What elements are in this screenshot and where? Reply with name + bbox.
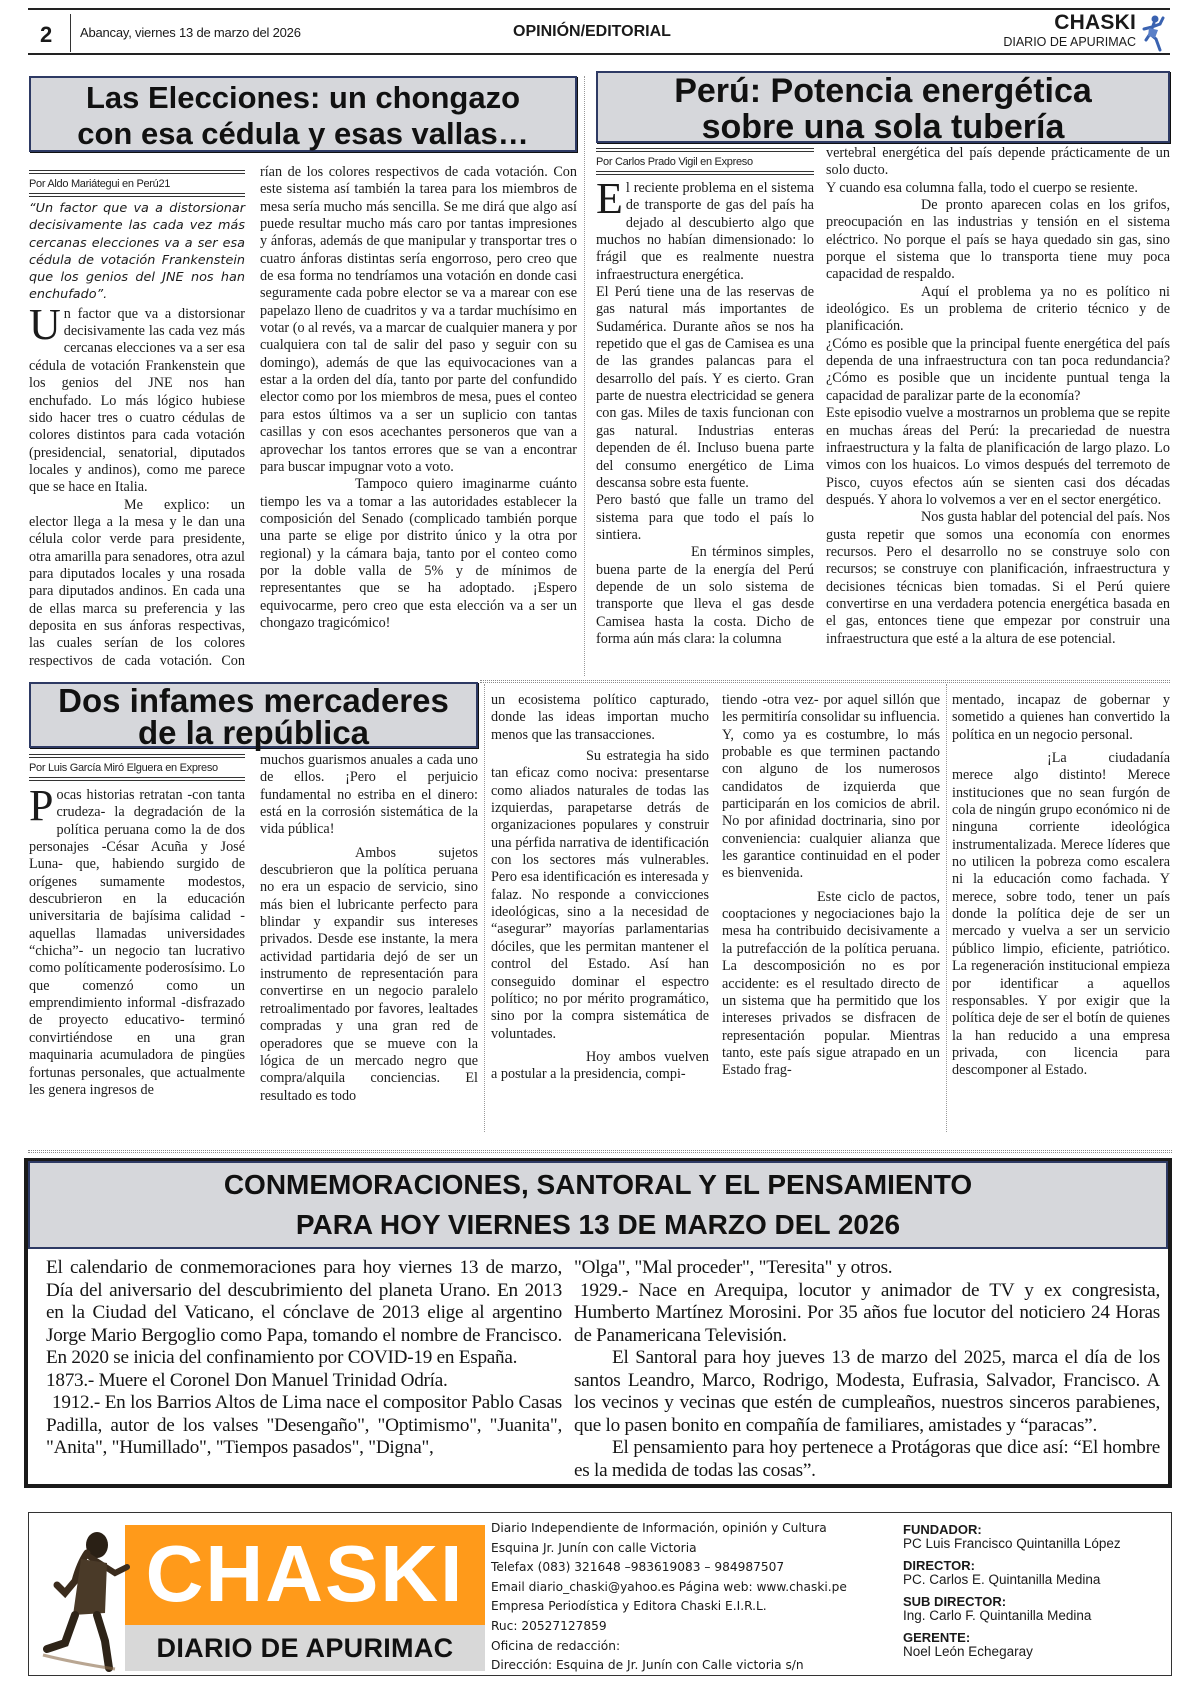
article3-column-5: mentado, incapaz de gobernar y sometido …	[952, 692, 1170, 1132]
conmemoraciones-paragraph: 1929.- Nace en Arequipa, locutor y anima…	[574, 1280, 1160, 1348]
article2-paragraph: En términos simples, buena parte de la e…	[596, 544, 814, 648]
header-divider	[70, 14, 71, 52]
dropcap: U	[29, 307, 64, 343]
headline-line: Dos infames mercaderes	[31, 685, 476, 717]
conmemoraciones-paragraph: 1912.- En los Barrios Altos de Lima nace…	[46, 1392, 562, 1460]
staff-name: Ing. Carlo F. Quintanilla Medina	[903, 1608, 1121, 1623]
article1-column-2: rían de los colores respectivos de cada …	[260, 164, 577, 666]
staff-role: GERENTE:	[903, 1631, 1121, 1644]
article2-paragraph: ¿Cómo es posible que la principal fuente…	[826, 336, 1170, 405]
article3-paragraph: ¡La ciudadanía merece algo distinto! Mer…	[952, 750, 1170, 1080]
article2-paragraph: Nos gusta hablar del potencial del país.…	[826, 509, 1170, 648]
article3-paragraph: Su estrategia ha sido tan eficaz como no…	[491, 748, 709, 1043]
article1-headline: Las Elecciones: un chongazo con esa cédu…	[29, 76, 577, 152]
section-divider	[28, 1150, 1172, 1153]
headline-line: con esa cédula y esas vallas…	[31, 116, 575, 152]
conmemoraciones-column-1: El calendario de conmemoraciones para ho…	[46, 1257, 562, 1460]
article1-paragraph: Me explico: un elector llega a la mesa y…	[29, 497, 245, 667]
issue-date: Abancay, viernes 13 de marzo del 2026	[80, 25, 301, 40]
article3-paragraph-cont: tiendo -otra vez- por aquel sillón que l…	[722, 692, 940, 883]
dropcap: E	[596, 181, 626, 217]
article2-paragraph-cont: vertebral energética del país depende pr…	[826, 145, 1170, 180]
article1-lead-quote: “Un factor que va a distorsionar decisiv…	[29, 200, 245, 304]
column-divider	[484, 684, 485, 1132]
chaski-runner-icon	[1140, 14, 1166, 54]
article2-paragraph: l reciente problema en el sistema de tra…	[596, 180, 814, 283]
chaski-runner-icon	[35, 1523, 145, 1673]
article1-byline: Por Aldo Mariátegui en Perú21	[29, 170, 245, 197]
article1-paragraph-cont: rían de los colores respectivos de cada …	[260, 164, 577, 476]
logo-subtitle: DIARIO DE APURIMAC	[125, 1625, 485, 1671]
logo-text: CHASKI	[125, 1531, 485, 1617]
section-divider	[480, 680, 1170, 683]
article3-paragraph: ocas historias retratan -con tanta crude…	[29, 787, 245, 1098]
article2-column-2: vertebral energética del país depende pr…	[826, 145, 1170, 670]
article3-paragraph-cont: muchos guarismos anuales a cada uno de e…	[260, 752, 478, 839]
article2-headline: Perú: Potencia energética sobre una sola…	[596, 71, 1170, 143]
title-line: PARA HOY VIERNES 13 DE MARZO DEL 2026	[30, 1205, 1166, 1245]
article3-column-3: un ecosistema político capturado, donde …	[491, 692, 709, 1132]
staff-role: FUNDADOR:	[903, 1523, 1121, 1536]
conmemoraciones-paragraph-cont: "Olga", "Mal proceder", "Teresita" y otr…	[574, 1257, 1160, 1280]
staff-name: PC. Carlos E. Quintanilla Medina	[903, 1572, 1121, 1587]
header-brand: CHASKI DIARIO DE APURIMAC	[1003, 12, 1136, 50]
article2-paragraph: El Perú tiene una de las reservas de gas…	[596, 284, 814, 492]
brand-subtitle: DIARIO DE APURIMAC	[1003, 34, 1136, 50]
logo-subbanner: DIARIO DE APURIMAC	[125, 1625, 485, 1671]
newspaper-footer: CHASKI DIARIO DE APURIMAC Diario Indepen…	[28, 1512, 1172, 1676]
article3-column-2: muchos guarismos anuales a cada uno de e…	[260, 752, 478, 1132]
article3-column-1: Pocas historias retratan -con tanta crud…	[29, 787, 245, 1132]
info-line: Ruc: 20527127859	[491, 1617, 847, 1637]
conmemoraciones-paragraph: 1873.- Muere el Coronel Don Manuel Trini…	[46, 1370, 562, 1393]
conmemoraciones-paragraph: El pensamiento para hoy pertenece a Prot…	[574, 1437, 1160, 1482]
dropcap: P	[29, 788, 56, 824]
info-line: Telefax (083) 321648 –983619083 – 984987…	[491, 1558, 847, 1578]
staff-role: DIRECTOR:	[903, 1559, 1121, 1572]
conmemoraciones-paragraph: El calendario de conmemoraciones para ho…	[46, 1257, 562, 1370]
headline-line: de la república	[31, 717, 476, 749]
section-title: OPINIÓN/EDITORIAL	[513, 23, 671, 41]
conmemoraciones-paragraph: El Santoral para hoy jueves 13 de marzo …	[574, 1347, 1160, 1437]
headline-line: sobre una sola tubería	[598, 109, 1168, 145]
staff-role: SUB DIRECTOR:	[903, 1595, 1121, 1608]
page-header: 2 Abancay, viernes 13 de marzo del 2026 …	[28, 8, 1170, 55]
article3-paragraph-cont: mentado, incapaz de gobernar y sometido …	[952, 692, 1170, 744]
article3-column-4: tiendo -otra vez- por aquel sillón que l…	[722, 692, 940, 1132]
headline-line: Las Elecciones: un chongazo	[31, 80, 575, 116]
brand-name: CHASKI	[1003, 12, 1136, 34]
article3-paragraph: Ambos sujetos descubrieron que la políti…	[260, 845, 478, 1105]
logo-banner: CHASKI	[125, 1525, 485, 1625]
article1-column-1: “Un factor que va a distorsionar decisiv…	[29, 200, 245, 667]
headline-line: Perú: Potencia energética	[598, 73, 1168, 109]
article3-paragraph: Este ciclo de pactos, cooptaciones y neg…	[722, 889, 940, 1080]
info-line: Dirección: Esquina de Jr. Junín con Call…	[491, 1656, 847, 1676]
column-divider	[946, 684, 947, 1132]
article2-column-1: El reciente problema en el sistema de tr…	[596, 180, 814, 670]
article2-paragraph: Aquí el problema ya no es político ni id…	[826, 284, 1170, 336]
article3-paragraph-cont: un ecosistema político capturado, donde …	[491, 692, 709, 744]
info-line: Esquina Jr. Junín con calle Victoria	[491, 1539, 847, 1559]
info-line: Diario Independiente de Información, opi…	[491, 1519, 847, 1539]
article3-headline: Dos infames mercaderes de la república	[29, 682, 478, 748]
staff-list: FUNDADOR: PC Luis Francisco Quintanilla …	[903, 1517, 1121, 1667]
article2-paragraph: Y cuando esa columna falla, todo el cuer…	[826, 180, 1170, 197]
article2-paragraph: Este episodio vuelve a mostrarnos un pro…	[826, 405, 1170, 509]
article2-paragraph: Pero bastó que falle un tramo del sistem…	[596, 492, 814, 544]
column-divider	[584, 76, 585, 676]
article2-paragraph: De pronto aparecen colas en los grifos, …	[826, 197, 1170, 284]
article2-byline: Por Carlos Prado Vigil en Expreso	[596, 148, 814, 175]
conmemoraciones-column-2: "Olga", "Mal proceder", "Teresita" y otr…	[574, 1257, 1160, 1482]
article3-paragraph: Hoy ambos vuelven a postular a la presid…	[491, 1049, 709, 1084]
info-line: Empresa Periodística y Editora Chaski E.…	[491, 1597, 847, 1617]
info-line: Oficina de redacción:	[491, 1637, 847, 1657]
article1-paragraph: Tampoco quiero imaginarme cuánto tiempo …	[260, 476, 577, 632]
article3-byline: Por Luis García Miró Elguera en Expreso	[29, 754, 245, 781]
conmemoraciones-title: CONMEMORACIONES, SANTORAL Y EL PENSAMIEN…	[28, 1161, 1168, 1249]
title-line: CONMEMORACIONES, SANTORAL Y EL PENSAMIEN…	[30, 1165, 1166, 1205]
conmemoraciones-box: CONMEMORACIONES, SANTORAL Y EL PENSAMIEN…	[24, 1158, 1172, 1488]
staff-name: PC Luis Francisco Quintanilla López	[903, 1536, 1121, 1551]
info-line: Email diario_chaski@yahoo.es Página web:…	[491, 1578, 847, 1598]
newspaper-info: Diario Independiente de Información, opi…	[491, 1519, 847, 1676]
staff-name: Noel León Echegaray	[903, 1644, 1121, 1659]
page-number: 2	[40, 22, 52, 48]
